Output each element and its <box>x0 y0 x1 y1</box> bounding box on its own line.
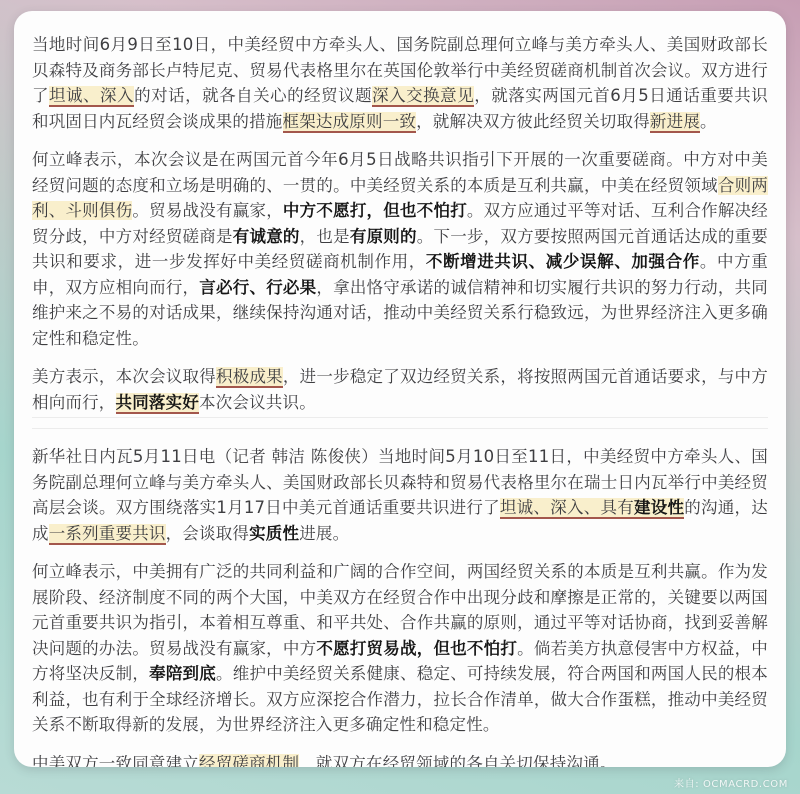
annotated-text-run: 经贸磋商机制 <box>199 754 299 768</box>
text-run: ，也是 <box>300 227 350 246</box>
article-card: 当地时间6月9日至10日，中美经贸中方牵头人、国务院副总理何立峰与美方牵头人、美… <box>14 11 786 767</box>
annotated-text-run: 不愿打贸易战，但也不怕打 <box>316 639 517 658</box>
text-run: 。 <box>700 112 717 131</box>
text-run: 美方表示，本次会议取得 <box>32 367 216 386</box>
annotated-text-run: 奉陪到底 <box>149 664 216 683</box>
annotated-text-run: 一系列重要共识 <box>49 524 166 545</box>
paragraph: 何立峰表示，本次会议是在两国元首今年6月5日战略共识指引下开展的一次重要磋商。中… <box>32 147 768 351</box>
annotated-text-run: 实质性 <box>249 524 299 543</box>
text-run: ，就双方在经贸领域的各自关切保持沟通。 <box>299 754 616 768</box>
page-background: 当地时间6月9日至10日，中美经贸中方牵头人、国务院副总理何立峰与美方牵头人、美… <box>0 0 800 794</box>
text-run: ，就解决双方彼此经贸关切取得 <box>416 112 650 131</box>
annotated-text-run: 框架达成原则一致 <box>283 112 417 133</box>
paragraph: 当地时间6月9日至10日，中美经贸中方牵头人、国务院副总理何立峰与美方牵头人、美… <box>32 32 768 134</box>
annotated-text-run: 坦诚、深入、具有 <box>500 498 634 519</box>
article-london-talks: 当地时间6月9日至10日，中美经贸中方牵头人、国务院副总理何立峰与美方牵头人、美… <box>32 32 768 415</box>
article-divider <box>32 417 768 429</box>
text-run: 本次会议共识。 <box>199 393 316 412</box>
annotated-text-run: 有诚意的 <box>233 227 300 246</box>
annotated-text-run: 不断增进共识、减少误解、加强合作 <box>426 252 700 271</box>
annotated-text-run: 言必行、行必果 <box>199 278 316 297</box>
annotated-text-run: 有原则的 <box>350 227 417 246</box>
text-run: ，会谈取得 <box>166 524 250 543</box>
paragraph: 美方表示，本次会议取得积极成果，进一步稳定了双边经贸关系，将按照两国元首通话要求… <box>32 364 768 415</box>
watermark: 来自: OCMACRD.COM <box>674 775 788 790</box>
annotated-text-run: 新进展 <box>650 112 700 133</box>
paragraph: 何立峰表示，中美拥有广泛的共同利益和广阔的合作空间，两国经贸关系的本质是互利共赢… <box>32 559 768 738</box>
annotated-text-run: 坦诚、深入 <box>49 86 134 107</box>
annotated-text-run: 深入交换意见 <box>372 86 474 107</box>
text-run: 何立峰表示，本次会议是在两国元首今年6月5日战略共识指引下开展的一次重要磋商。中… <box>32 150 768 195</box>
text-run: 中美双方一致同意建立 <box>32 754 199 768</box>
text-run: 进展。 <box>299 524 349 543</box>
text-run: 的对话，就各自关心的经贸议题 <box>134 86 372 105</box>
paragraph: 新华社日内瓦5月11日电（记者 韩洁 陈俊侠）当地时间5月10日至11日，中美经… <box>32 444 768 546</box>
annotated-text-run: 积极成果 <box>216 367 283 388</box>
annotated-text-run: 共同落实好 <box>116 393 200 414</box>
article-geneva-talks: 新华社日内瓦5月11日电（记者 韩洁 陈俊侠）当地时间5月10日至11日，中美经… <box>32 444 768 767</box>
text-run: 。贸易战没有赢家， <box>132 201 283 220</box>
annotated-text-run: 中方不愿打，但也不怕打 <box>283 201 467 220</box>
paragraph: 中美双方一致同意建立经贸磋商机制，就双方在经贸领域的各自关切保持沟通。 <box>32 751 768 768</box>
annotated-text-run: 建设性 <box>634 498 684 519</box>
